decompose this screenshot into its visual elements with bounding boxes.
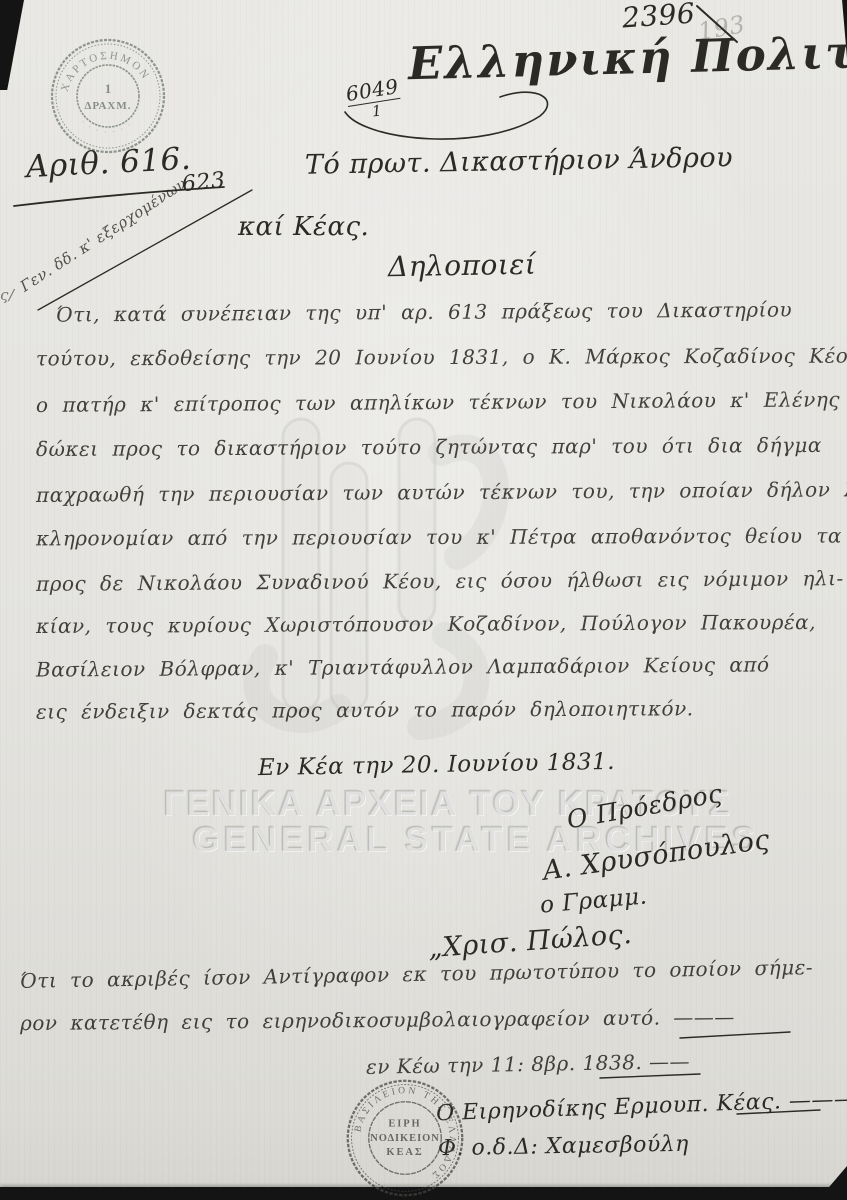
body-line-3: ο πατήρ κ' επίτροπος των απηλίκων τέκνων… <box>36 389 847 415</box>
fraction-denominator: 1 <box>371 104 383 120</box>
revenue-stamp-value: 1 <box>105 81 112 96</box>
revenue-stamp-unit: ΔΡΑΧΜ. <box>84 100 131 112</box>
body-line-2: τούτου, εκδοθείσης την 20 Ιουνίου 1831, … <box>36 346 847 369</box>
body-line-5: παχραωθή την περιουσίαν των αυτών τέκνων… <box>36 479 847 505</box>
certification-line-3: εν Κέω την 11: 8βρ. 1838. —— <box>366 1051 690 1077</box>
document-title: Ελληνική Πολιτεία. <box>408 27 847 87</box>
court-stamp-center-line-2: ΝΟΔΙΚΕΙΟΝ <box>370 1133 440 1144</box>
dateline: Εν Κέα την 20. Ιουνίου 1831. <box>258 751 615 780</box>
clerk-signature-line: Φ. ο.δ.Δ: Χαμεσβούλη <box>438 1134 689 1160</box>
scan-edge-top-left <box>0 0 24 90</box>
body-line-10: εις ένδειξιν δεκτάς προς αυτόν το παρόν … <box>36 698 694 721</box>
body-line-1: Ότι, κατά συνέπειαν της υπ' αρ. 613 πράξ… <box>56 299 792 324</box>
secretary-title: ο Γραμμ. <box>539 885 648 917</box>
body-line-8: κίαν, τους κυρίους Χωριστόπουσον Κοζαδίν… <box>36 612 816 636</box>
scanned-document-page: ΓΕΝΙΚΑ ΑΡΧΕΙΑ ΤΟΥ ΚΡΑΤΟΥΣ GENERAL STATE … <box>0 0 847 1200</box>
protocol-number-added: 623 <box>181 170 227 196</box>
certification-line-1: Ότι το ακριβές ίσον Αντίγραφον εκ του πρ… <box>20 957 813 991</box>
body-line-6: κληρονομίαν από την περιουσίαν του κ' Πέ… <box>36 526 842 549</box>
diagonal-registry-note: Γεν. δδ. κ' εξερχομένων <box>18 176 189 295</box>
court-stamp-center-line-3: ΚΕΑΣ <box>386 1147 423 1158</box>
recipient-line-1: Τό πρωτ. Δικαστήριον Άνδρου <box>305 144 733 178</box>
court-stamp-center-line-1: ΕΙΡΗ <box>388 1119 421 1130</box>
body-line-9: Βασίλειον Βόλφραν, κ' Τριαντάφυλλον Λαμπ… <box>36 654 770 679</box>
protocol-number: Αριθ. 616. <box>25 144 192 184</box>
margin-mark: ς/ <box>0 288 14 303</box>
recipient-line-2: καί Κέας. <box>238 214 369 240</box>
court-stamp: ΒΑΣΙΛΕΙΟΝ ΤΗΣ ΕΛΛΑΔΟΣ ΕΙΡΗ ΝΟΔΙΚΕΙΟΝ ΚΕΑ… <box>342 1076 468 1200</box>
body-line-7: προς δε Νικολάου Συναδινού Κέου, εις όσο… <box>36 568 844 594</box>
svg-text:·······: ······· <box>79 116 138 136</box>
salutation: Δηλοποιεί <box>388 251 537 282</box>
body-line-4: δώκει προς το δικαστήριον τούτο ζητώντας… <box>36 435 822 459</box>
certification-line-2: ρον κατετέθη εις το ειρηνοδικοσυμβολαιογ… <box>20 1007 735 1033</box>
registry-number-ink: 2396 <box>621 0 696 33</box>
secretary-signature: „Χρισ. Πώλος. <box>427 921 633 962</box>
judge-signature-line: Ο Ειρηνοδίκης Ερμουπ. Κέας. ——— <box>436 1089 847 1126</box>
